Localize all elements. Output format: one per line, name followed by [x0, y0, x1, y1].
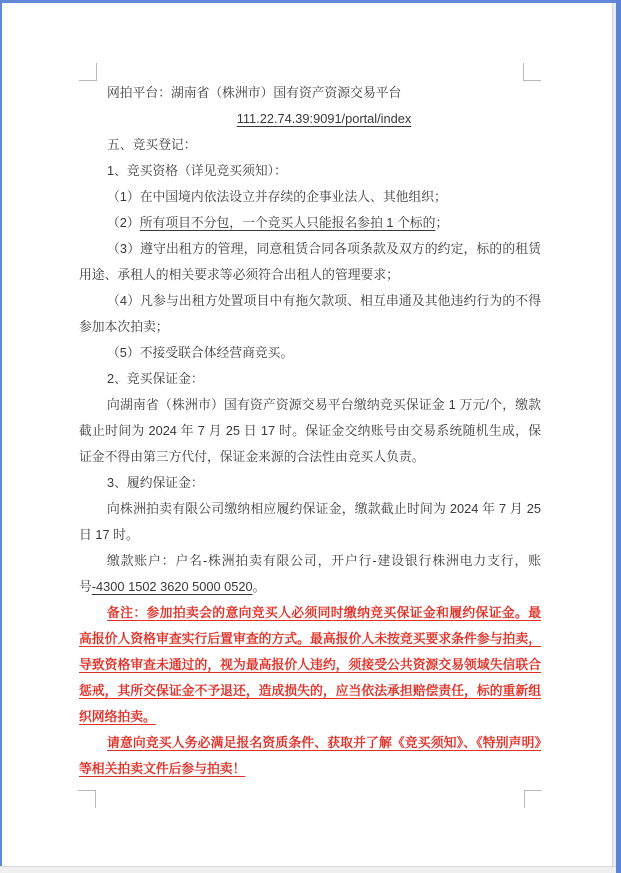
window-border-top: [0, 0, 621, 3]
payment-account-punctuation: 。: [253, 579, 266, 594]
margin-crop-mark-top-left: [79, 63, 97, 81]
payment-account-line: 缴款账户：户名-株洲拍卖有限公司，开户行-建设银行株洲电力支行，账号-4300 …: [79, 548, 541, 600]
platform-url-link[interactable]: 111.22.74.39:9091/portal/index: [79, 106, 541, 132]
qualification-item-4: （4）凡参与出租方处置项目中有拖欠款项、相互串通及其他违约行为的不得参加本次拍卖…: [79, 288, 541, 340]
margin-crop-mark-bottom-left: [78, 790, 96, 808]
qualification-item-2: （2）所有项目不分包，一个竞买人只能报名参拍 1 个标的；: [79, 210, 541, 236]
qualification-item-3: （3）遵守出租方的管理，同意租赁合同各项条款及双方的约定，标的的租赁用途、承租人…: [79, 236, 541, 288]
qualification-heading: 1、竞买资格（详见竞买须知）：: [79, 158, 541, 184]
final-notice-paragraph: 请意向竞买人务必满足报名资质条件、获取并了解《竞买须知》、《特别声明》等相关拍卖…: [79, 730, 541, 782]
remark-paragraph: 备注：参加拍卖会的意向竞买人必须同时缴纳竞买保证金和履约保证金。最高报价人资格审…: [79, 600, 541, 730]
qualification-item-5: （5）不接受联合体经营商竞买。: [79, 340, 541, 366]
platform-line: 网拍平台：湖南省（株洲市）国有资产资源交易平台: [79, 80, 541, 106]
window-border-left: [0, 3, 2, 866]
qualification-item-1: （1）在中国境内依法设立并存续的企事业法人、其他组织；: [79, 184, 541, 210]
page-bottom-background: [0, 866, 616, 873]
item2-underlined-clause: 所有项目不分包，一个竞买人只能报名参拍 1 个标的: [140, 215, 436, 230]
performance-deposit-body: 向株洲拍卖有限公司缴纳相应履约保证金，缴款截止时间为 2024 年 7 月 25…: [79, 496, 541, 548]
payment-account-number: -4300 1502 3620 5000 0520: [92, 579, 253, 594]
word-document-view: 网拍平台：湖南省（株洲市）国有资产资源交易平台 111.22.74.39:909…: [0, 0, 621, 873]
item2-punctuation: ；: [435, 215, 448, 230]
margin-crop-mark-top-right: [523, 63, 541, 81]
window-border-right: [616, 0, 621, 873]
bid-deposit-heading: 2、竞买保证金：: [79, 366, 541, 392]
bid-deposit-body: 向湖南省（株洲市）国有资产资源交易平台缴纳竞买保证金 1 万元/个，缴款截止时间…: [79, 392, 541, 470]
page-right-edge: [612, 3, 613, 866]
margin-crop-mark-bottom-right: [524, 790, 542, 808]
performance-deposit-heading: 3、履约保证金：: [79, 470, 541, 496]
document-text: 网拍平台：湖南省（株洲市）国有资产资源交易平台 111.22.74.39:909…: [79, 80, 541, 782]
section-heading: 五、竞买登记：: [79, 132, 541, 158]
item2-number: （2）: [107, 215, 140, 230]
